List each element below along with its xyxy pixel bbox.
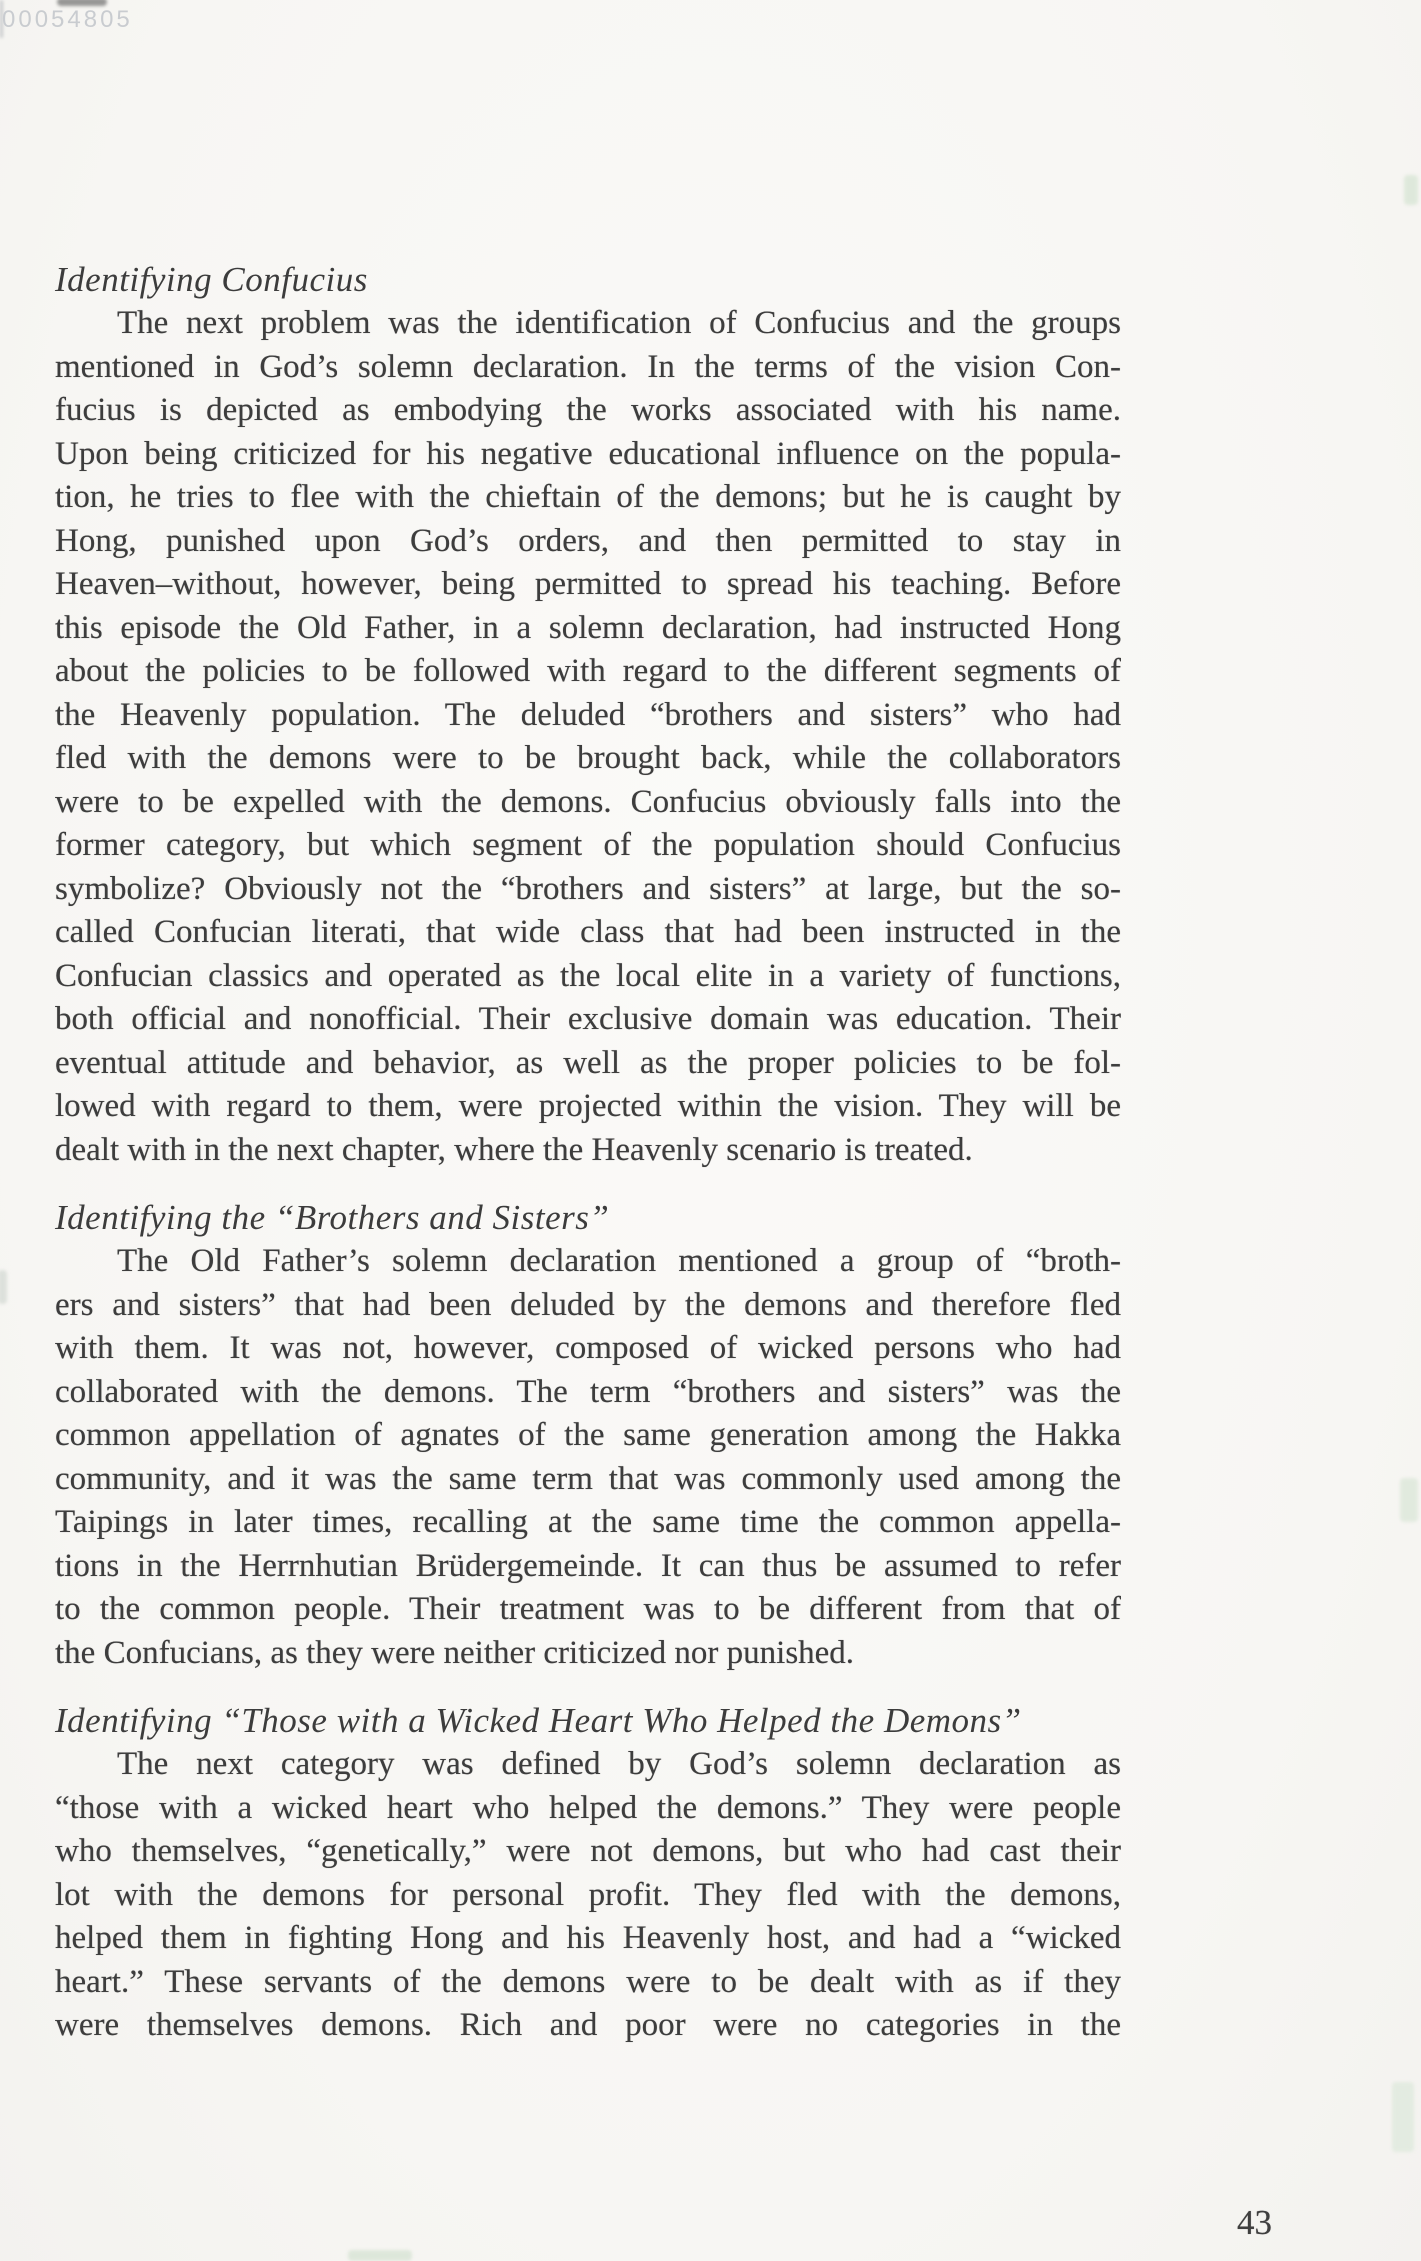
- text-section: Identifying “Those with a Wicked Heart W…: [55, 1699, 1121, 2048]
- scan-artifact: [0, 1270, 7, 1304]
- text-line: the Confucians, as they were neither cri…: [55, 1632, 1121, 1676]
- text-line: Taipings in later times, recalling at th…: [55, 1501, 1121, 1545]
- text-line: who themselves, “genetically,” were not …: [55, 1830, 1121, 1874]
- section-heading: Identifying “Those with a Wicked Heart W…: [55, 1699, 1121, 1743]
- section-heading: Identifying the “Brothers and Sisters”: [55, 1196, 1121, 1240]
- text-line: The next problem was the identification …: [55, 302, 1121, 346]
- scan-artifact: [1400, 1478, 1418, 1522]
- text-line: heart.” These servants of the demons wer…: [55, 1961, 1121, 2005]
- text-line: fled with the demons were to be brought …: [55, 737, 1121, 781]
- page-number: 43: [1237, 2203, 1272, 2243]
- text-section: Identifying the “Brothers and Sisters”Th…: [55, 1196, 1121, 1675]
- text-line: “those with a wicked heart who helped th…: [55, 1787, 1121, 1831]
- text-line: Upon being criticized for his negative e…: [55, 433, 1121, 477]
- text-line: lot with the demons for personal profit.…: [55, 1874, 1121, 1918]
- text-line: lowed with regard to them, were projecte…: [55, 1085, 1121, 1129]
- text-line: The next category was defined by God’s s…: [55, 1743, 1121, 1787]
- text-line: mentioned in God’s solemn declaration. I…: [55, 346, 1121, 390]
- text-line: fucius is depicted as embodying the work…: [55, 389, 1121, 433]
- text-line: former category, but which segment of th…: [55, 824, 1121, 868]
- text-line: Heaven–without, however, being permitted…: [55, 563, 1121, 607]
- book-page-scan: 00054805 Identifying ConfuciusThe next p…: [0, 0, 1421, 2261]
- section-heading: Identifying Confucius: [55, 258, 1121, 302]
- text-line: tion, he tries to flee with the chieftai…: [55, 476, 1121, 520]
- text-line: ers and sisters” that had been deluded b…: [55, 1284, 1121, 1328]
- text-line: Hong, punished upon God’s orders, and th…: [55, 520, 1121, 564]
- text-line: common appellation of agnates of the sam…: [55, 1414, 1121, 1458]
- scan-artifact: [1392, 2082, 1414, 2152]
- scan-number: 00054805: [2, 6, 133, 34]
- text-line: The Old Father’s solemn declaration ment…: [55, 1240, 1121, 1284]
- text-line: Confucian classics and operated as the l…: [55, 955, 1121, 999]
- text-line: dealt with in the next chapter, where th…: [55, 1129, 1121, 1173]
- text-line: the Heavenly population. The deluded “br…: [55, 694, 1121, 738]
- text-section: Identifying ConfuciusThe next problem wa…: [55, 258, 1121, 1172]
- text-line: symbolize? Obviously not the “brothers a…: [55, 868, 1121, 912]
- text-line: this episode the Old Father, in a solemn…: [55, 607, 1121, 651]
- text-line: both official and nonofficial. Their exc…: [55, 998, 1121, 1042]
- text-line: to the common people. Their treatment wa…: [55, 1588, 1121, 1632]
- text-line: eventual attitude and behavior, as well …: [55, 1042, 1121, 1086]
- text-line: were to be expelled with the demons. Con…: [55, 781, 1121, 825]
- text-line: collaborated with the demons. The term “…: [55, 1371, 1121, 1415]
- scan-artifact: [1404, 175, 1418, 205]
- scan-artifact: [348, 2250, 412, 2261]
- text-line: called Confucian literati, that wide cla…: [55, 911, 1121, 955]
- text-line: about the policies to be followed with r…: [55, 650, 1121, 694]
- text-line: were themselves demons. Rich and poor we…: [55, 2004, 1121, 2048]
- text-line: with them. It was not, however, composed…: [55, 1327, 1121, 1371]
- text-line: tions in the Herrnhutian Brüdergemeinde.…: [55, 1545, 1121, 1589]
- text-line: community, and it was the same term that…: [55, 1458, 1121, 1502]
- page-content: Identifying ConfuciusThe next problem wa…: [55, 258, 1121, 2048]
- text-line: helped them in fighting Hong and his Hea…: [55, 1917, 1121, 1961]
